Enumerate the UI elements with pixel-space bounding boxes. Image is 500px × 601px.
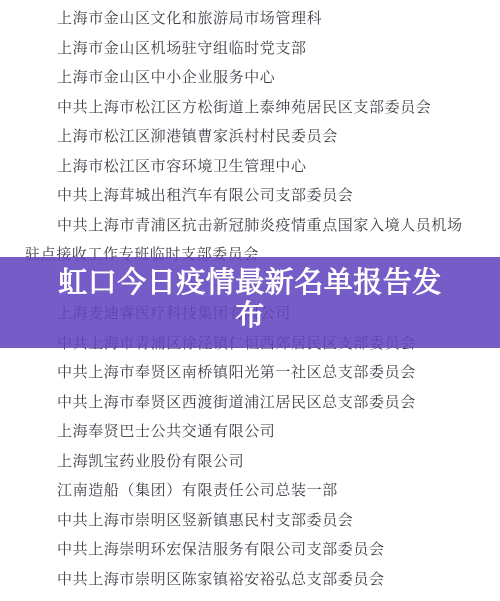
list-line: 上海市松江区市容环境卫生管理中心	[0, 151, 500, 181]
list-line: 中共上海市奉贤区西渡街道浦江居民区总支部委员会	[0, 387, 500, 417]
list-line: 上海市金山区机场驻守组临时党支部	[0, 33, 500, 63]
list-line: 上海市金山区文化和旅游局市场管理科	[0, 3, 500, 33]
list-line: 中共上海市崇明区竖新镇惠民村支部委员会	[0, 505, 500, 535]
list-line: 中共上海市松江区方松街道上泰绅苑居民区支部委员会	[0, 92, 500, 122]
list-line: 中共上海市青浦区抗击新冠肺炎疫情重点国家入境人员机场	[0, 210, 500, 240]
list-line: 上海市松江区泖港镇曹家浜村村民委员会	[0, 121, 500, 151]
list-line: 江南造船（集团）有限责任公司总装一部	[0, 475, 500, 505]
list-line: 中共上海市奉贤区南桥镇阳光第一社区总支部委员会	[0, 357, 500, 387]
list-line: 中共上海茸城出租汽车有限公司支部委员会	[0, 180, 500, 210]
headline-title-line1: 虹口今日疫情最新名单报告发	[58, 267, 442, 300]
list-line: 上海凯宝药业股份有限公司	[0, 446, 500, 476]
list-line: 上海奉贤巴士公共交通有限公司	[0, 416, 500, 446]
list-line: 中共上海市崇明区陈家镇裕安裕弘总支部委员会	[0, 564, 500, 594]
headline-title-line2: 布	[235, 300, 265, 333]
list-line: 中共上海崇明环宏保洁服务有限公司支部委员会	[0, 534, 500, 564]
page-root: 上海市金山区文化和旅游局市场管理科上海市金山区机场驻守组临时党支部上海市金山区中…	[0, 0, 500, 601]
headline-overlay: 虹口今日疫情最新名单报告发 布	[0, 257, 500, 348]
list-line: 上海市金山区中小企业服务中心	[0, 62, 500, 92]
